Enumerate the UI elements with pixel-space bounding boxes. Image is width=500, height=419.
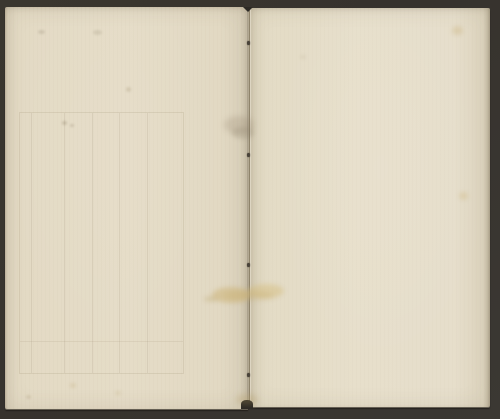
gutter-stitch-dot-3	[247, 263, 250, 267]
gutter-crease-highlight	[250, 7, 251, 409]
gutter-stitch-dot-2	[247, 153, 250, 157]
showthrough-vline-3	[92, 113, 93, 373]
showthrough-vline-5	[147, 113, 148, 373]
right-page	[248, 8, 490, 407]
gutter-stitch-dot-4	[247, 373, 250, 377]
showthrough-vline-1	[31, 113, 32, 373]
page-edge-band	[484, 8, 490, 407]
showthrough-table	[19, 112, 184, 374]
showthrough-hline-1	[20, 341, 183, 342]
book-gutter	[240, 7, 257, 409]
showthrough-vline-2	[64, 113, 65, 373]
gutter-stitch-dot-1	[247, 41, 250, 45]
left-page	[5, 7, 248, 409]
gutter-notch-bottom	[241, 400, 253, 409]
scan-background	[0, 0, 500, 419]
gutter-notch-top	[243, 7, 253, 12]
showthrough-vline-4	[119, 113, 120, 373]
